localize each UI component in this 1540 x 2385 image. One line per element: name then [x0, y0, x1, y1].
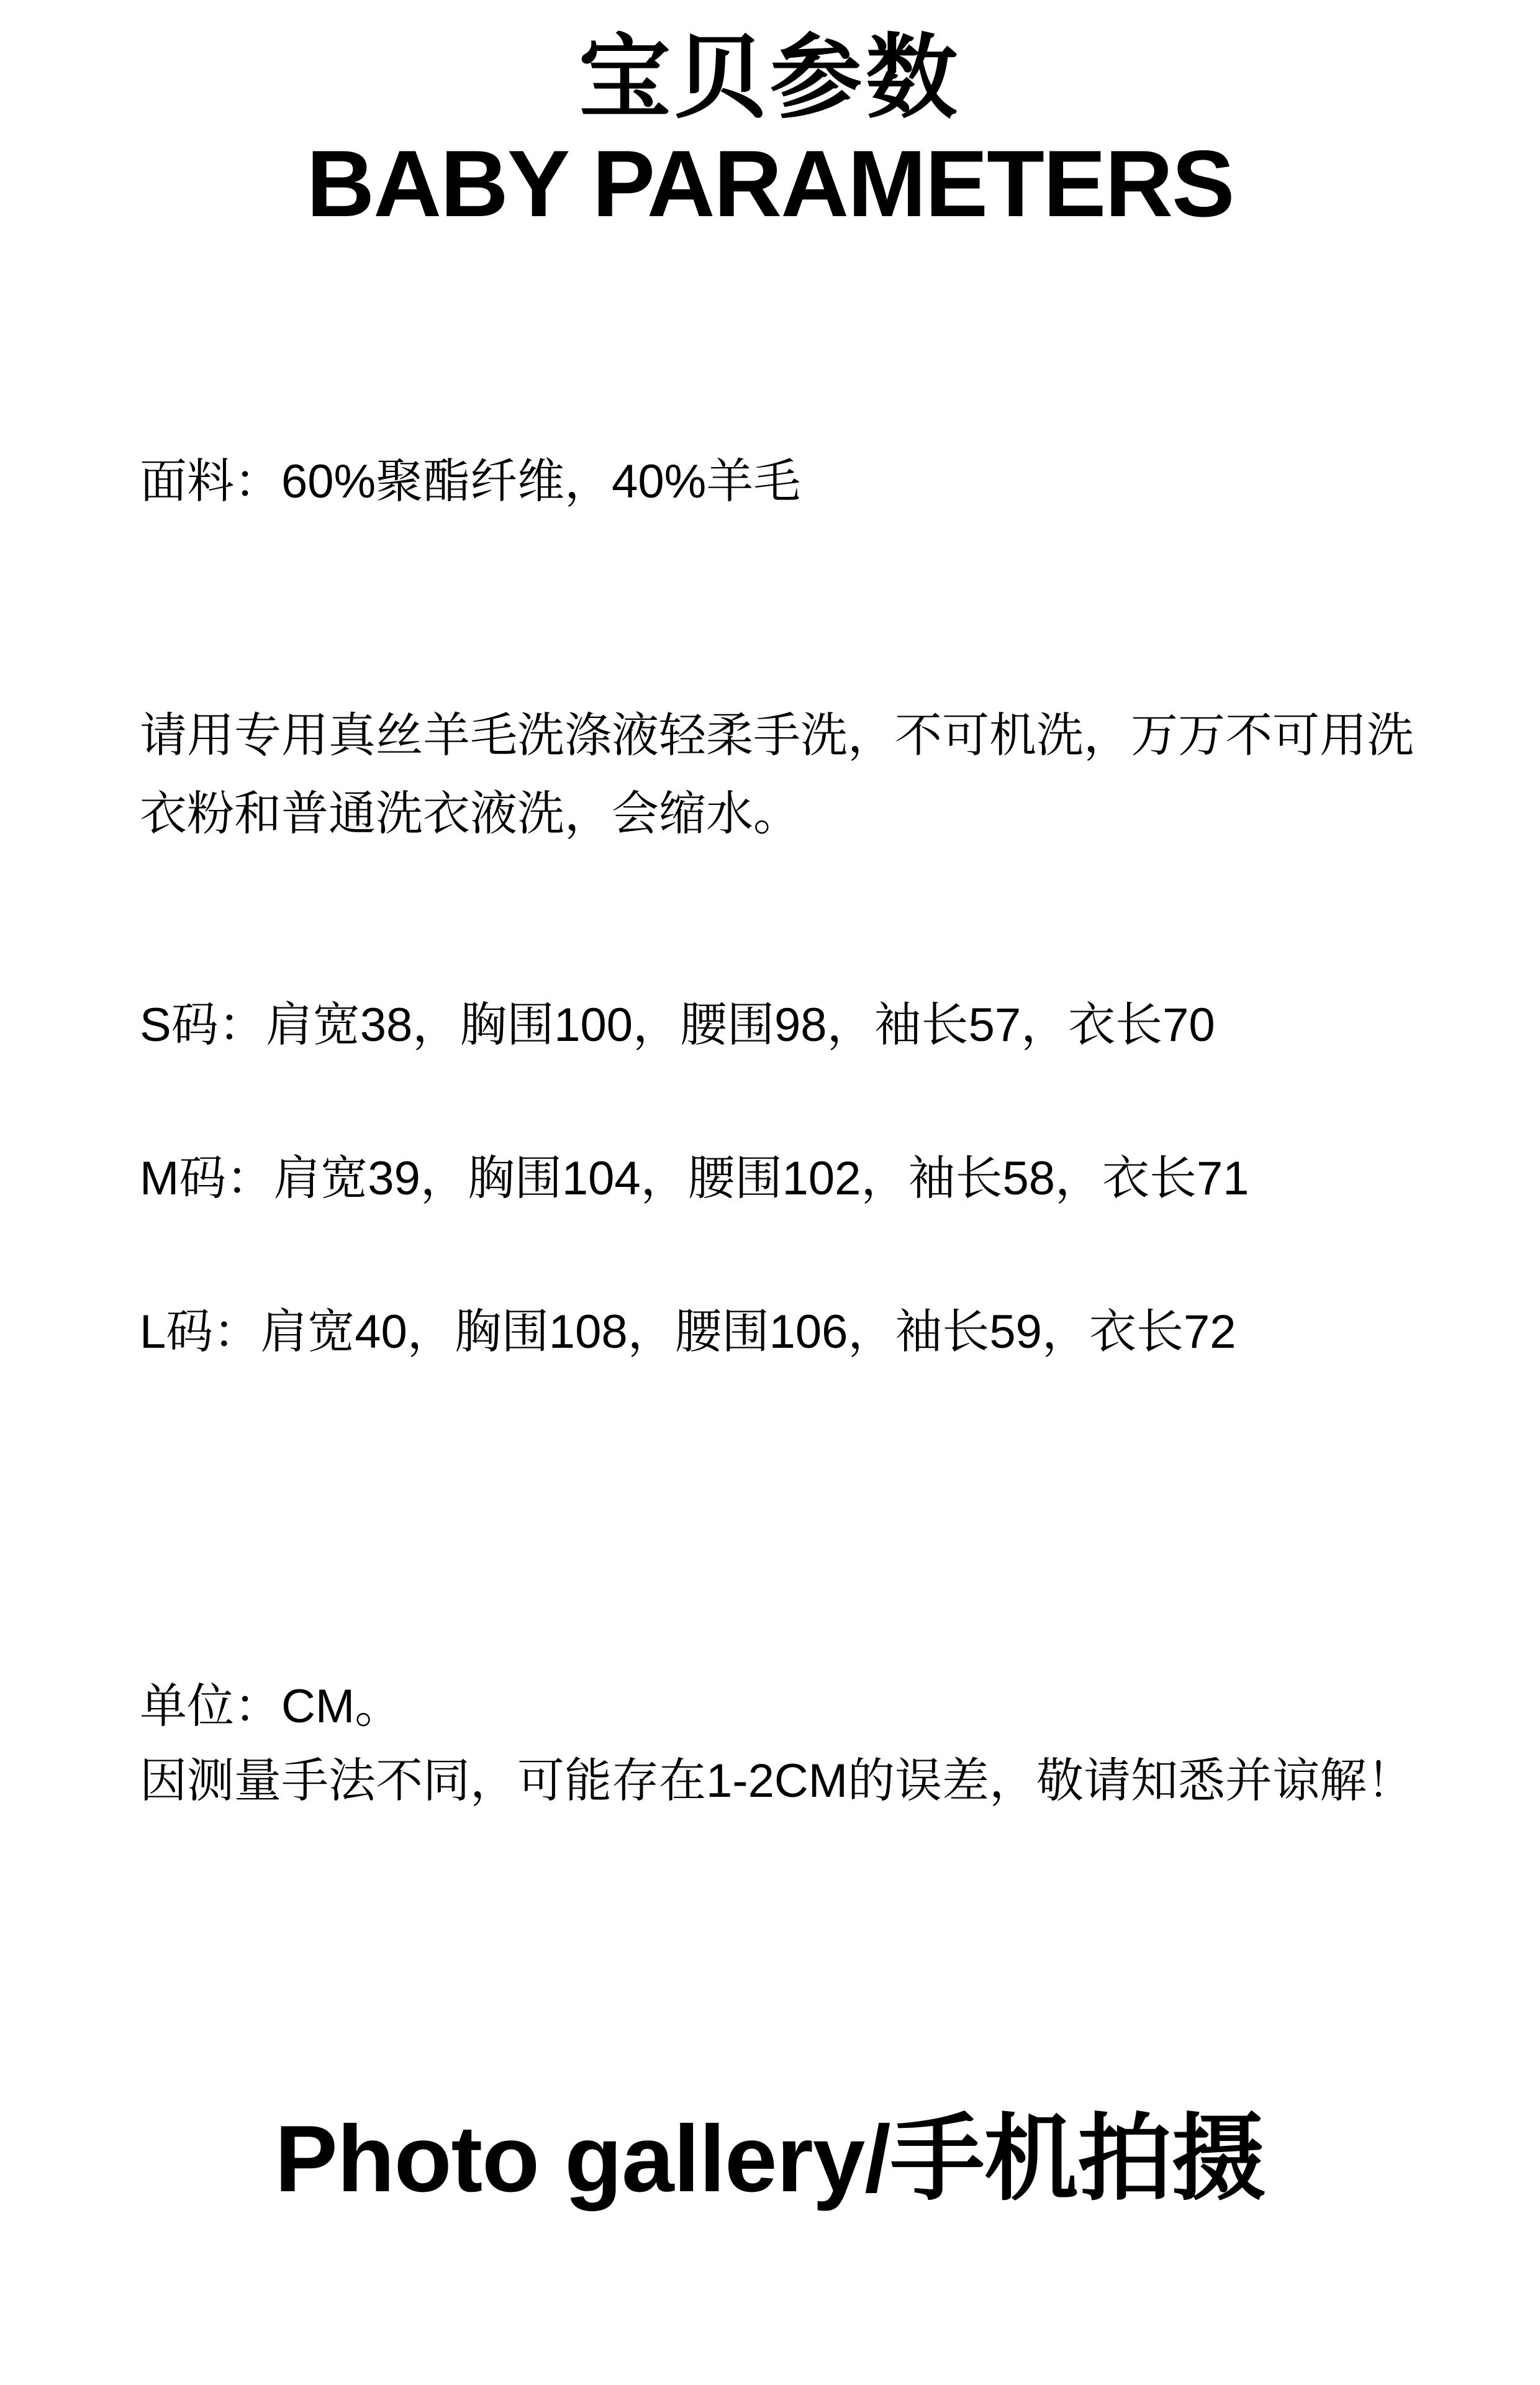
gallery-heading: Photo gallery/手机拍摄 — [0, 2112, 1540, 2206]
unit-note: 单位：CM。 因测量手法不同，可能存在1-2CM的误差，敬请知悉并谅解！ — [140, 1669, 1447, 1819]
size-list: S码：肩宽38，胸围100，腰围98，袖长57，衣长70 M码：肩宽39，胸围1… — [140, 1002, 1249, 1462]
size-row-s: S码：肩宽38，胸围100，腰围98，袖长57，衣长70 — [140, 1002, 1249, 1049]
fabric-info: 面料：60%聚酯纤维，40%羊毛 — [140, 458, 800, 506]
care-instructions: 请用专用真丝羊毛洗涤液轻柔手洗，不可机洗，万万不可用洗 衣粉和普通洗衣液洗，会缩… — [140, 697, 1447, 853]
product-title-en: BABY PARAMETERS — [0, 137, 1540, 231]
product-title-cn: 宝贝参数 — [0, 32, 1540, 124]
size-row-m: M码：肩宽39，胸围104，腰围102，袖长58，衣长71 — [140, 1155, 1249, 1202]
page-root: { "colors": { "text": "#000000", "backgr… — [0, 0, 1540, 2385]
size-row-l: L码：肩宽40，胸围108，腰围106，袖长59，衣长72 — [140, 1309, 1249, 1356]
